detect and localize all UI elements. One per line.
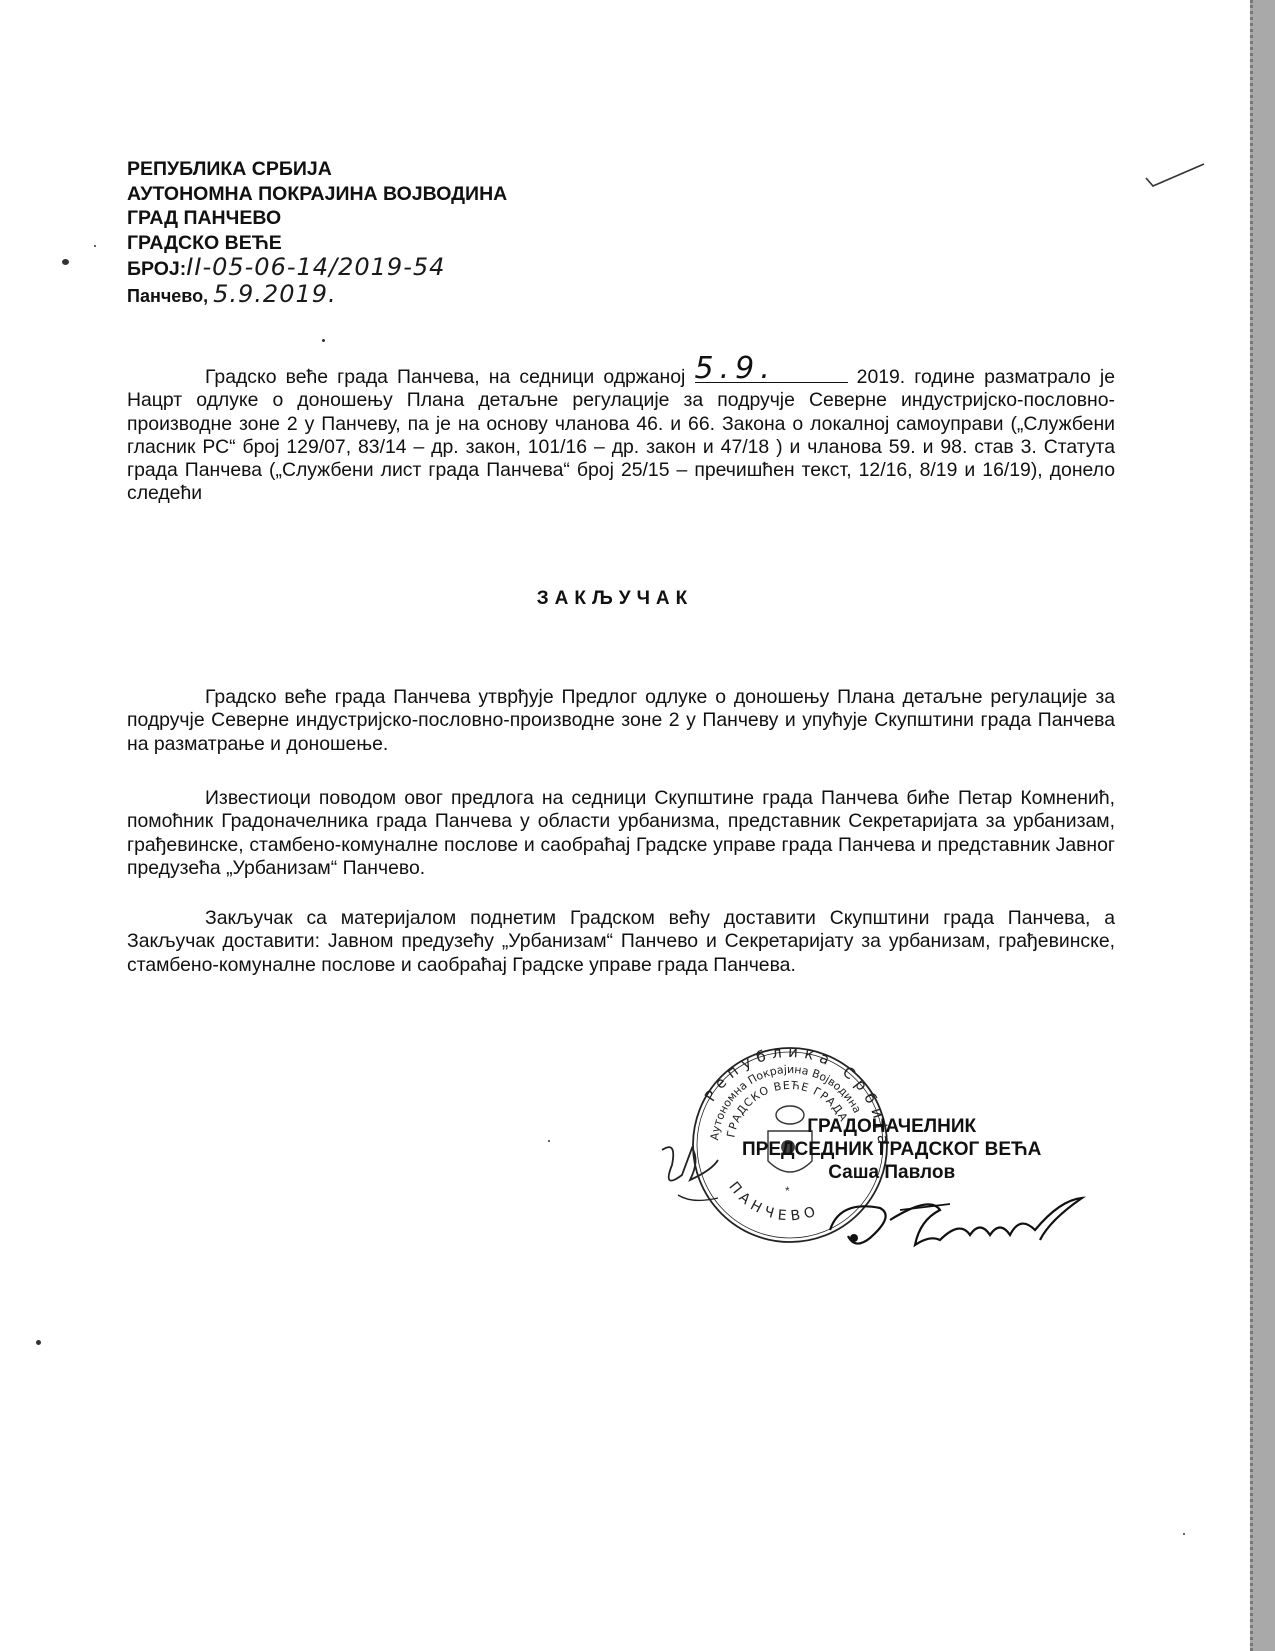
- header-number: БРОЈ:II-05-06-14/2019-54: [127, 255, 507, 282]
- intro-paragraph: Градско веће града Панчева, на седници о…: [127, 362, 1115, 506]
- scan-speck: [322, 339, 325, 342]
- signatory-role-mayor: ГРАДОНАЧЕЛНИК: [742, 1115, 1041, 1138]
- session-date: 5.9.: [695, 354, 848, 384]
- number-label: БРОЈ:: [127, 258, 186, 280]
- document-title: ЗАКЉУЧАК: [0, 588, 1230, 610]
- header-line-province: АУТОНОМНА ПОКРАЈИНА ВОЈВОДИНА: [127, 182, 507, 207]
- scan-edge-border: [1250, 0, 1275, 1651]
- paragraph-3-text: Закључак са материјалом поднетим Градско…: [127, 907, 1115, 976]
- check-mark-icon: [1140, 160, 1210, 200]
- signatory-role-president: ПРЕДСЕДНИК ГРАДСКОГ ВЕЋА: [742, 1138, 1041, 1161]
- svg-text:*: *: [785, 1184, 790, 1198]
- paragraph-2: Известиоци поводом овог предлога на седн…: [127, 787, 1115, 880]
- signature-block: ГРАДОНАЧЕЛНИК ПРЕДСЕДНИК ГРАДСКОГ ВЕЋА С…: [742, 1115, 1041, 1184]
- svg-text:ПАНЧЕВО: ПАНЧЕВО: [725, 1179, 822, 1224]
- scan-speck: [548, 1140, 550, 1142]
- session-date-field: 5.9.: [695, 362, 848, 383]
- header-place-date: Панчево, 5.9.2019.: [127, 282, 507, 309]
- paragraph-1: Градско веће града Панчева утврђује Пред…: [127, 686, 1115, 756]
- place-date: 5.9.2019.: [213, 280, 337, 308]
- paragraph-3: Закључак са материјалом поднетим Градско…: [127, 907, 1115, 977]
- scan-speck: [36, 1340, 41, 1345]
- paragraph-1-text: Градско веће града Панчева утврђује Пред…: [127, 686, 1115, 755]
- handwritten-signature-icon: [820, 1190, 1100, 1260]
- intro-before-date: Градско веће града Панчева, на седници о…: [205, 366, 685, 388]
- header-line-republic: РЕПУБЛИКА СРБИЈА: [127, 157, 507, 182]
- paragraph-2-text: Известиоци поводом овог предлога на седн…: [127, 787, 1115, 879]
- scan-speck: [62, 259, 69, 265]
- header-line-city: ГРАД ПАНЧЕВО: [127, 206, 507, 231]
- initials-signature-icon: [652, 1140, 722, 1205]
- header-line-council: ГРАДСКО ВЕЋЕ: [127, 231, 507, 256]
- scan-speck: [94, 245, 96, 247]
- signatory-name: Саша Павлов: [742, 1161, 1041, 1184]
- document-header: РЕПУБЛИКА СРБИЈА АУТОНОМНА ПОКРАЈИНА ВОЈ…: [127, 157, 507, 308]
- place-label: Панчево,: [127, 286, 208, 306]
- scan-speck: [1183, 1533, 1185, 1535]
- number-value: II-05-06-14/2019-54: [186, 253, 445, 281]
